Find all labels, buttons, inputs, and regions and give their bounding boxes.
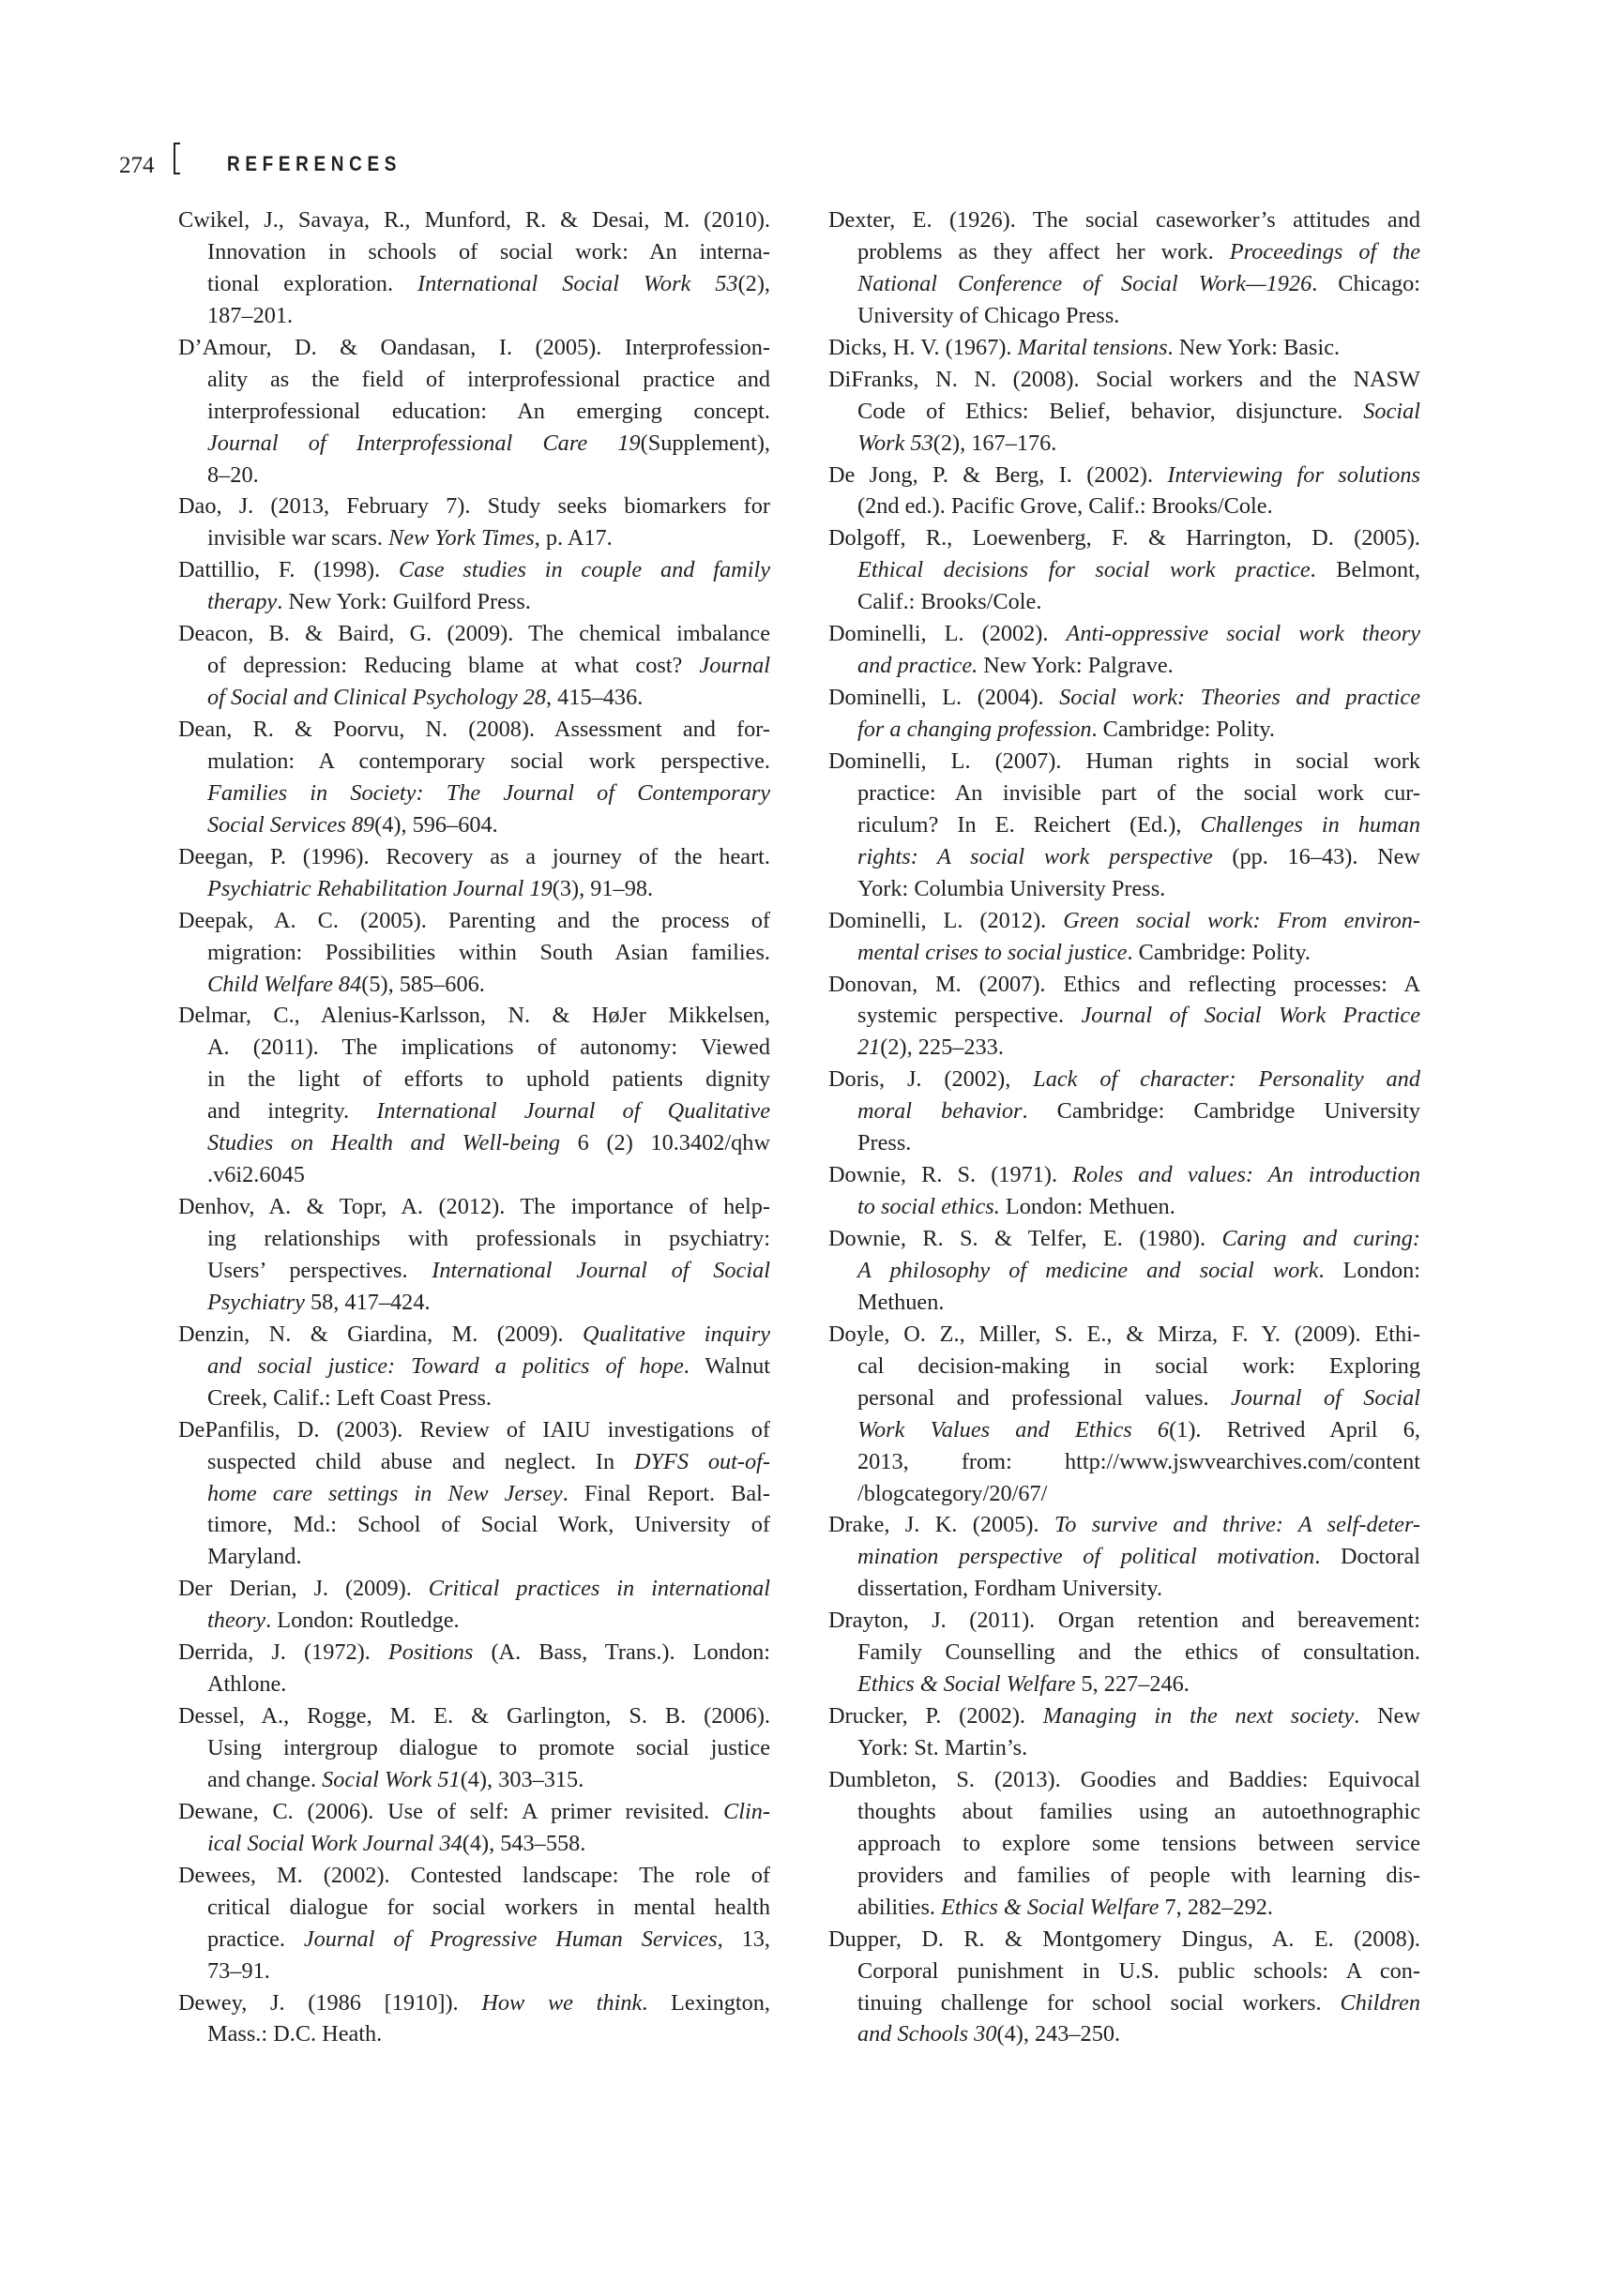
reference-text: . Chicago: bbox=[1311, 271, 1420, 296]
reference-text: Press. bbox=[857, 1130, 911, 1156]
reference-line: theory. London: Routledge. bbox=[178, 1605, 770, 1637]
italic-title-text: Ethical decisions for social work practi… bbox=[857, 557, 1311, 582]
reference-line: York: Columbia University Press. bbox=[828, 873, 1420, 905]
italic-title-text: and Schools 30 bbox=[857, 2021, 996, 2047]
reference-entry: Derrida, J. (1972). Positions (A. Bass, … bbox=[178, 1637, 770, 1700]
reference-text: Downie, R. S. & Telfer, E. (1980). bbox=[828, 1226, 1221, 1251]
reference-line: Ethics & Social Welfare 5, 227–246. bbox=[828, 1669, 1420, 1700]
italic-title-text: New York Times bbox=[388, 525, 535, 551]
reference-entry: Deacon, B. & Baird, G. (2009). The chemi… bbox=[178, 618, 770, 714]
italic-title-text: moral behavior bbox=[857, 1098, 1022, 1124]
bracket-ornament bbox=[174, 143, 180, 174]
reference-line: Denhov, A. & Topr, A. (2012). The import… bbox=[178, 1191, 770, 1223]
reference-line: Users’ perspectives. International Journ… bbox=[178, 1255, 770, 1287]
italic-title-text: Social Work 51 bbox=[322, 1767, 461, 1792]
reference-line: Press. bbox=[828, 1127, 1420, 1159]
italic-title-text: Critical practices in international bbox=[429, 1576, 770, 1601]
reference-line: 73–91. bbox=[178, 1956, 770, 1987]
italic-title-text: International Journal of Qualitative bbox=[376, 1098, 770, 1124]
reference-text: invisible war scars. bbox=[207, 525, 388, 551]
reference-line: Dominelli, L. (2004). Social work: Theor… bbox=[828, 682, 1420, 714]
reference-text: Using intergroup dialogue to promote soc… bbox=[207, 1735, 770, 1760]
reference-line: Der Derian, J. (2009). Critical practice… bbox=[178, 1573, 770, 1605]
reference-line: Drayton, J. (2011). Organ retention and … bbox=[828, 1605, 1420, 1637]
reference-text: problems as they affect her work. bbox=[857, 239, 1230, 264]
reference-text: and change. bbox=[207, 1767, 322, 1792]
reference-text: ing relationships with professionals in … bbox=[207, 1226, 770, 1251]
reference-text: interprofessional education: An emerging… bbox=[207, 399, 770, 424]
reference-line: Dolgoff, R., Loewenberg, F. & Harrington… bbox=[828, 522, 1420, 554]
reference-text: , p. A17. bbox=[535, 525, 613, 551]
reference-entry: Denhov, A. & Topr, A. (2012). The import… bbox=[178, 1191, 770, 1319]
reference-line: providers and families of people with le… bbox=[828, 1860, 1420, 1892]
reference-text: Delmar, C., Alenius-Karlsson, N. & HøJer… bbox=[178, 1003, 770, 1028]
italic-title-text: Caring and curing: bbox=[1221, 1226, 1420, 1251]
reference-text: D’Amour, D. & Oandasan, I. (2005). Inter… bbox=[178, 335, 770, 360]
reference-text: Cwikel, J., Savaya, R., Munford, R. & De… bbox=[178, 207, 770, 233]
reference-text: . Cambridge: Polity. bbox=[1127, 940, 1311, 965]
reference-line: practice: An invisible part of the socia… bbox=[828, 778, 1420, 809]
reference-line: suspected child abuse and neglect. In DY… bbox=[178, 1446, 770, 1478]
reference-text: dissertation, Fordham University. bbox=[857, 1576, 1162, 1601]
reference-line: tional exploration. International Social… bbox=[178, 268, 770, 300]
reference-text: Dominelli, L. (2012). bbox=[828, 908, 1063, 933]
italic-title-text: Journal of Interprofessional Care 19 bbox=[207, 430, 641, 456]
reference-text: (2), 225–233. bbox=[880, 1035, 1004, 1060]
reference-text: University of Chicago Press. bbox=[857, 303, 1119, 328]
reference-text: (Supplement), bbox=[641, 430, 770, 456]
reference-text: Dean, R. & Poorvu, N. (2008). Assessment… bbox=[178, 717, 770, 742]
reference-text: . London: bbox=[1318, 1258, 1420, 1283]
reference-line: abilities. Ethics & Social Welfare 7, 28… bbox=[828, 1892, 1420, 1924]
italic-title-text: A philosophy of medicine and social work bbox=[857, 1258, 1318, 1283]
reference-text: (1). Retrived April 6, bbox=[1169, 1417, 1420, 1443]
reference-line: Creek, Calif.: Left Coast Press. bbox=[178, 1382, 770, 1414]
reference-line: Dewees, M. (2002). Contested landscape: … bbox=[178, 1860, 770, 1892]
reference-text: migration: Possibilities within South As… bbox=[207, 940, 770, 965]
reference-text: Derrida, J. (1972). bbox=[178, 1639, 388, 1665]
reference-entry: Cwikel, J., Savaya, R., Munford, R. & De… bbox=[178, 204, 770, 332]
reference-line: Dattillio, F. (1998). Case studies in co… bbox=[178, 554, 770, 586]
reference-entry: Dicks, H. V. (1967). Marital tensions. N… bbox=[828, 332, 1420, 364]
italic-title-text: DYFS out-of- bbox=[634, 1449, 770, 1474]
reference-text: (A. Bass, Trans.). London: bbox=[473, 1639, 770, 1665]
italic-title-text: 21 bbox=[857, 1035, 880, 1060]
reference-text: practice. bbox=[207, 1926, 304, 1952]
reference-line: and integrity. International Journal of … bbox=[178, 1095, 770, 1127]
italic-title-text: Social bbox=[1363, 399, 1420, 424]
reference-text: Denhov, A. & Topr, A. (2012). The import… bbox=[178, 1194, 770, 1219]
reference-text: timore, Md.: School of Social Work, Univ… bbox=[207, 1512, 770, 1537]
reference-text: of depression: Reducing blame at what co… bbox=[207, 653, 699, 678]
italic-title-text: International Social Work 53 bbox=[417, 271, 738, 296]
italic-title-text: therapy bbox=[207, 589, 277, 614]
reference-line: rights: A social work perspective (pp. 1… bbox=[828, 841, 1420, 873]
reference-text: Dolgoff, R., Loewenberg, F. & Harrington… bbox=[828, 525, 1420, 551]
reference-line: DePanfilis, D. (2003). Review of IAIU in… bbox=[178, 1414, 770, 1446]
italic-title-text: Child Welfare 84 bbox=[207, 972, 361, 997]
reference-text: and integrity. bbox=[207, 1098, 376, 1124]
reference-line: ing relationships with professionals in … bbox=[178, 1223, 770, 1255]
reference-text: DiFranks, N. N. (2008). Social workers a… bbox=[828, 367, 1420, 392]
reference-line: Mass.: D.C. Heath. bbox=[178, 2018, 770, 2050]
reference-entry: Dewey, J. (1986 [1910]). How we think. L… bbox=[178, 1987, 770, 2051]
reference-text: Mass.: D.C. Heath. bbox=[207, 2021, 382, 2047]
reference-line: Derrida, J. (1972). Positions (A. Bass, … bbox=[178, 1637, 770, 1669]
reference-line: Donovan, M. (2007). Ethics and reflectin… bbox=[828, 969, 1420, 1001]
reference-line: thoughts about families using an autoeth… bbox=[828, 1796, 1420, 1828]
reference-line: practice. Journal of Progressive Human S… bbox=[178, 1924, 770, 1956]
reference-line: Dewey, J. (1986 [1910]). How we think. L… bbox=[178, 1987, 770, 2019]
italic-title-text: Roles and values: An introduction bbox=[1072, 1162, 1420, 1187]
reference-text: Dominelli, L. (2004). bbox=[828, 685, 1059, 710]
reference-text: Family Counselling and the ethics of con… bbox=[857, 1639, 1420, 1665]
reference-line: mental crises to social justice. Cambrid… bbox=[828, 937, 1420, 969]
reference-line: Family Counselling and the ethics of con… bbox=[828, 1637, 1420, 1669]
italic-title-text: Journal bbox=[699, 653, 770, 678]
italic-title-text: Proceedings of the bbox=[1230, 239, 1420, 264]
reference-entry: Dominelli, L. (2007). Human rights in so… bbox=[828, 746, 1420, 905]
reference-entry: Dewees, M. (2002). Contested landscape: … bbox=[178, 1860, 770, 1987]
italic-title-text: Journal of Social Work Practice bbox=[1082, 1003, 1420, 1028]
italic-title-text: Positions bbox=[388, 1639, 473, 1665]
reference-line: Cwikel, J., Savaya, R., Munford, R. & De… bbox=[178, 204, 770, 236]
reference-text: approach to explore some tensions betwee… bbox=[857, 1831, 1420, 1856]
reference-text: 7, 282–292. bbox=[1159, 1895, 1272, 1920]
reference-text: Dewees, M. (2002). Contested landscape: … bbox=[178, 1863, 770, 1888]
reference-line: .v6i2.6045 bbox=[178, 1159, 770, 1191]
reference-line: Journal of Interprofessional Care 19(Sup… bbox=[178, 428, 770, 460]
reference-text: Deepak, A. C. (2005). Parenting and the … bbox=[178, 908, 770, 933]
reference-text: (4), 243–250. bbox=[996, 2021, 1120, 2047]
reference-line: Corporal punishment in U.S. public schoo… bbox=[828, 1956, 1420, 1987]
reference-line: therapy. New York: Guilford Press. bbox=[178, 586, 770, 618]
reference-text: Maryland. bbox=[207, 1544, 302, 1569]
reference-line: for a changing profession. Cambridge: Po… bbox=[828, 714, 1420, 746]
reference-text: 2013, from: http://www.jswvearchives.com… bbox=[857, 1449, 1420, 1474]
reference-text: De Jong, P. & Berg, I. (2002). bbox=[828, 462, 1167, 488]
italic-title-text: National Conference of Social Work—1926 bbox=[857, 271, 1311, 296]
reference-line: Maryland. bbox=[178, 1541, 770, 1573]
reference-text: (4), 543–558. bbox=[462, 1831, 586, 1856]
reference-line: Studies on Health and Well-being 6 (2) 1… bbox=[178, 1127, 770, 1159]
references-column-left: Cwikel, J., Savaya, R., Munford, R. & De… bbox=[178, 204, 770, 2050]
reference-text: riculum? In E. Reichert (Ed.), bbox=[857, 812, 1200, 838]
reference-line: dissertation, Fordham University. bbox=[828, 1573, 1420, 1605]
reference-text: Dewey, J. (1986 [1910]). bbox=[178, 1990, 481, 2016]
italic-title-text: International Journal of Social bbox=[432, 1258, 770, 1283]
reference-text: Calif.: Brooks/Cole. bbox=[857, 589, 1041, 614]
reference-text: (2), 167–176. bbox=[933, 430, 1057, 456]
reference-line: and social justice: Toward a politics of… bbox=[178, 1351, 770, 1382]
italic-title-text: rights: A social work perspective bbox=[857, 844, 1213, 869]
italic-title-text: Interviewing for solutions bbox=[1167, 462, 1420, 488]
reference-line: Dessel, A., Rogge, M. E. & Garlington, S… bbox=[178, 1700, 770, 1732]
reference-line: York: St. Martin’s. bbox=[828, 1732, 1420, 1764]
reference-text: Users’ perspectives. bbox=[207, 1258, 432, 1283]
reference-entry: Drake, J. K. (2005). To survive and thri… bbox=[828, 1509, 1420, 1605]
reference-line: mulation: A contemporary social work per… bbox=[178, 746, 770, 778]
italic-title-text: Psychiatry bbox=[207, 1290, 305, 1315]
reference-line: Methuen. bbox=[828, 1287, 1420, 1319]
reference-entry: Dominelli, L. (2012). Green social work:… bbox=[828, 905, 1420, 969]
reference-text: mulation: A contemporary social work per… bbox=[207, 748, 770, 774]
reference-text: . Lexington, bbox=[642, 1990, 770, 2016]
reference-text: 58, 417–424. bbox=[305, 1290, 431, 1315]
reference-text: . New York: Guilford Press. bbox=[277, 589, 531, 614]
italic-title-text: Challenges in human bbox=[1200, 812, 1420, 838]
italic-title-text: for a changing profession bbox=[857, 717, 1092, 742]
reference-line: Work Values and Ethics 6(1). Retrived Ap… bbox=[828, 1414, 1420, 1446]
reference-line: Dao, J. (2013, February 7). Study seeks … bbox=[178, 491, 770, 522]
italic-title-text: Social Services 89 bbox=[207, 812, 374, 838]
reference-text: . New York: Basic. bbox=[1168, 335, 1341, 360]
reference-line: 187–201. bbox=[178, 300, 770, 332]
reference-line: cal decision-making in social work: Expl… bbox=[828, 1351, 1420, 1382]
reference-line: of depression: Reducing blame at what co… bbox=[178, 650, 770, 682]
reference-text: Dumbleton, S. (2013). Goodies and Baddie… bbox=[828, 1767, 1420, 1792]
italic-title-text: Marital tensions bbox=[1018, 335, 1168, 360]
reference-entry: Dexter, E. (1926). The social caseworker… bbox=[828, 204, 1420, 332]
reference-line: Drake, J. K. (2005). To survive and thri… bbox=[828, 1509, 1420, 1541]
reference-text: Dexter, E. (1926). The social caseworker… bbox=[828, 207, 1420, 233]
reference-line: problems as they affect her work. Procee… bbox=[828, 236, 1420, 268]
reference-entry: Dewane, C. (2006). Use of self: A primer… bbox=[178, 1796, 770, 1860]
reference-text: thoughts about families using an autoeth… bbox=[857, 1799, 1420, 1824]
reference-text: . Final Report. Bal- bbox=[563, 1481, 770, 1506]
reference-line: National Conference of Social Work—1926.… bbox=[828, 268, 1420, 300]
reference-text: DePanfilis, D. (2003). Review of IAIU in… bbox=[178, 1417, 770, 1443]
reference-line: Dominelli, L. (2002). Anti-oppressive so… bbox=[828, 618, 1420, 650]
reference-entry: De Jong, P. & Berg, I. (2002). Interview… bbox=[828, 460, 1420, 523]
italic-title-text: of Social and Clinical Psychology 28 bbox=[207, 685, 546, 710]
reference-text: Methuen. bbox=[857, 1290, 944, 1315]
reference-text: (4), 303–315. bbox=[461, 1767, 584, 1792]
reference-line: Calif.: Brooks/Cole. bbox=[828, 586, 1420, 618]
reference-text: Creek, Calif.: Left Coast Press. bbox=[207, 1385, 492, 1411]
reference-text: ality as the field of interprofessional … bbox=[207, 367, 770, 392]
reference-line: approach to explore some tensions betwee… bbox=[828, 1828, 1420, 1860]
reference-entry: Dupper, D. R. & Montgomery Dingus, A. E.… bbox=[828, 1924, 1420, 2051]
reference-entry: Doris, J. (2002), Lack of character: Per… bbox=[828, 1064, 1420, 1159]
reference-line: home care settings in New Jersey. Final … bbox=[178, 1478, 770, 1510]
reference-line: moral behavior. Cambridge: Cambridge Uni… bbox=[828, 1095, 1420, 1127]
reference-line: critical dialogue for social workers in … bbox=[178, 1892, 770, 1924]
reference-text: . Cambridge: Cambridge University bbox=[1022, 1098, 1420, 1124]
reference-text: London: Methuen. bbox=[1000, 1194, 1175, 1219]
italic-title-text: ical Social Work Journal 34 bbox=[207, 1831, 462, 1856]
italic-title-text: Qualitative inquiry bbox=[583, 1322, 770, 1347]
reference-text: Drayton, J. (2011). Organ retention and … bbox=[828, 1608, 1420, 1633]
reference-text: tional exploration. bbox=[207, 271, 417, 296]
reference-entry: Deegan, P. (1996). Recovery as a journey… bbox=[178, 841, 770, 905]
italic-title-text: mination perspective of political motiva… bbox=[857, 1544, 1314, 1569]
italic-title-text: and social justice: Toward a politics of… bbox=[207, 1353, 684, 1379]
reference-entry: Drucker, P. (2002). Managing in the next… bbox=[828, 1700, 1420, 1764]
reference-text: , 415–436. bbox=[546, 685, 643, 710]
reference-text: in the light of efforts to uphold patien… bbox=[207, 1066, 770, 1092]
reference-entry: Dumbleton, S. (2013). Goodies and Baddie… bbox=[828, 1764, 1420, 1924]
reference-text: 6 (2) 10.3402/qhw bbox=[560, 1130, 770, 1156]
reference-text: Code of Ethics: Belief, behavior, disjun… bbox=[857, 399, 1363, 424]
reference-entry: Drayton, J. (2011). Organ retention and … bbox=[828, 1605, 1420, 1700]
reference-line: and change. Social Work 51(4), 303–315. bbox=[178, 1764, 770, 1796]
italic-title-text: mental crises to social justice bbox=[857, 940, 1127, 965]
italic-title-text: Lack of character: Personality and bbox=[1033, 1066, 1420, 1092]
reference-text: . Walnut bbox=[684, 1353, 770, 1379]
italic-title-text: Journal of Progressive Human Services bbox=[304, 1926, 718, 1952]
reference-text: Dicks, H. V. (1967). bbox=[828, 335, 1018, 360]
reference-text: critical dialogue for social workers in … bbox=[207, 1895, 770, 1920]
reference-text: abilities. bbox=[857, 1895, 941, 1920]
reference-line: Deacon, B. & Baird, G. (2009). The chemi… bbox=[178, 618, 770, 650]
reference-text: (4), 596–604. bbox=[374, 812, 498, 838]
reference-text: systemic perspective. bbox=[857, 1003, 1082, 1028]
reference-line: A philosophy of medicine and social work… bbox=[828, 1255, 1420, 1287]
reference-text: 5, 227–246. bbox=[1075, 1671, 1189, 1697]
reference-text: (3), 91–98. bbox=[553, 876, 653, 901]
reference-text: personal and professional values. bbox=[857, 1385, 1231, 1411]
reference-line: D’Amour, D. & Oandasan, I. (2005). Inter… bbox=[178, 332, 770, 364]
reference-entry: Dominelli, L. (2002). Anti-oppressive so… bbox=[828, 618, 1420, 682]
reference-text: . Belmont, bbox=[1311, 557, 1420, 582]
reference-line: to social ethics. London: Methuen. bbox=[828, 1191, 1420, 1223]
references-column-right: Dexter, E. (1926). The social caseworker… bbox=[828, 204, 1420, 2050]
reference-text: Athlone. bbox=[207, 1671, 286, 1697]
italic-title-text: Children bbox=[1341, 1990, 1421, 2016]
reference-entry: Downie, R. S. & Telfer, E. (1980). Carin… bbox=[828, 1223, 1420, 1319]
reference-text: Dessel, A., Rogge, M. E. & Garlington, S… bbox=[178, 1703, 770, 1729]
italic-title-text: Ethics & Social Welfare bbox=[941, 1895, 1159, 1920]
reference-line: 2013, from: http://www.jswvearchives.com… bbox=[828, 1446, 1420, 1478]
reference-line: Athlone. bbox=[178, 1669, 770, 1700]
reference-text: Dominelli, L. (2007). Human rights in so… bbox=[828, 748, 1420, 774]
reference-text: practice: An invisible part of the socia… bbox=[857, 780, 1420, 806]
reference-line: tinuing challenge for school social work… bbox=[828, 1987, 1420, 2019]
reference-line: Dumbleton, S. (2013). Goodies and Baddie… bbox=[828, 1764, 1420, 1796]
reference-text: .v6i2.6045 bbox=[207, 1162, 305, 1187]
page-header: 274 REFERENCES bbox=[0, 0, 1607, 188]
reference-line: A. (2011). The implications of autonomy:… bbox=[178, 1032, 770, 1064]
reference-line: Dominelli, L. (2012). Green social work:… bbox=[828, 905, 1420, 937]
reference-entry: DiFranks, N. N. (2008). Social workers a… bbox=[828, 364, 1420, 460]
italic-title-text: Social work: Theories and practice bbox=[1059, 685, 1420, 710]
reference-line: invisible war scars. New York Times, p. … bbox=[178, 522, 770, 554]
reference-entry: Der Derian, J. (2009). Critical practice… bbox=[178, 1573, 770, 1637]
reference-line: ical Social Work Journal 34(4), 543–558. bbox=[178, 1828, 770, 1860]
reference-line: Dupper, D. R. & Montgomery Dingus, A. E.… bbox=[828, 1924, 1420, 1956]
reference-entry: Deepak, A. C. (2005). Parenting and the … bbox=[178, 905, 770, 1001]
reference-entry: Doyle, O. Z., Miller, S. E., & Mirza, F.… bbox=[828, 1319, 1420, 1510]
reference-entry: Downie, R. S. (1971). Roles and values: … bbox=[828, 1159, 1420, 1223]
page-number: 274 bbox=[119, 152, 155, 180]
italic-title-text: Journal of Social bbox=[1231, 1385, 1420, 1411]
italic-title-text: Psychiatric Rehabilitation Journal 19 bbox=[207, 876, 553, 901]
italic-title-text: Case studies in couple and family bbox=[399, 557, 770, 582]
reference-text: New York: Palgrave. bbox=[978, 653, 1174, 678]
reference-text: Deacon, B. & Baird, G. (2009). The chemi… bbox=[178, 621, 770, 646]
italic-title-text: Families in Society: The Journal of Cont… bbox=[207, 780, 770, 806]
reference-line: of Social and Clinical Psychology 28, 41… bbox=[178, 682, 770, 714]
italic-title-text: Work 53 bbox=[857, 430, 933, 456]
reference-line: personal and professional values. Journa… bbox=[828, 1382, 1420, 1414]
reference-text: . Cambridge: Polity. bbox=[1092, 717, 1276, 742]
reference-text: (2nd ed.). Pacific Grove, Calif.: Brooks… bbox=[857, 493, 1273, 519]
reference-line: migration: Possibilities within South As… bbox=[178, 937, 770, 969]
reference-line: Child Welfare 84(5), 585–606. bbox=[178, 969, 770, 1001]
reference-entry: Dessel, A., Rogge, M. E. & Garlington, S… bbox=[178, 1700, 770, 1796]
italic-title-text: How we think bbox=[481, 1990, 642, 2016]
italic-title-text: Anti-oppressive social work theory bbox=[1067, 621, 1420, 646]
reference-entry: Dominelli, L. (2004). Social work: Theor… bbox=[828, 682, 1420, 746]
reference-line: systemic perspective. Journal of Social … bbox=[828, 1000, 1420, 1032]
reference-line: Dicks, H. V. (1967). Marital tensions. N… bbox=[828, 332, 1420, 364]
reference-line: Dewane, C. (2006). Use of self: A primer… bbox=[178, 1796, 770, 1828]
reference-text: York: Columbia University Press. bbox=[857, 876, 1165, 901]
reference-line: Denzin, N. & Giardina, M. (2009). Qualit… bbox=[178, 1319, 770, 1351]
reference-text: 73–91. bbox=[207, 1958, 270, 1984]
reference-line: (2nd ed.). Pacific Grove, Calif.: Brooks… bbox=[828, 491, 1420, 522]
italic-title-text: Work Values and Ethics 6 bbox=[857, 1417, 1169, 1443]
reference-entry: Donovan, M. (2007). Ethics and reflectin… bbox=[828, 969, 1420, 1065]
reference-line: /blogcategory/20/67/ bbox=[828, 1478, 1420, 1510]
reference-line: Downie, R. S. (1971). Roles and values: … bbox=[828, 1159, 1420, 1191]
reference-text: /blogcategory/20/67/ bbox=[857, 1481, 1047, 1506]
reference-text: providers and families of people with le… bbox=[857, 1863, 1420, 1888]
reference-text: Denzin, N. & Giardina, M. (2009). bbox=[178, 1322, 583, 1347]
italic-title-text: Managing in the next society bbox=[1043, 1703, 1355, 1729]
italic-title-text: To survive and thrive: A self-deter- bbox=[1054, 1512, 1420, 1537]
italic-title-text: home care settings in New Jersey bbox=[207, 1481, 563, 1506]
reference-text: , 13, bbox=[718, 1926, 770, 1952]
reference-line: Using intergroup dialogue to promote soc… bbox=[178, 1732, 770, 1764]
reference-line: Psychiatric Rehabilitation Journal 19(3)… bbox=[178, 873, 770, 905]
reference-text: Deegan, P. (1996). Recovery as a journey… bbox=[178, 844, 770, 869]
reference-text: 8–20. bbox=[207, 462, 259, 488]
reference-line: mination perspective of political motiva… bbox=[828, 1541, 1420, 1573]
reference-line: DiFranks, N. N. (2008). Social workers a… bbox=[828, 364, 1420, 396]
reference-text: Doyle, O. Z., Miller, S. E., & Mirza, F.… bbox=[828, 1322, 1420, 1347]
reference-text: Dattillio, F. (1998). bbox=[178, 557, 399, 582]
reference-line: timore, Md.: School of Social Work, Univ… bbox=[178, 1509, 770, 1541]
reference-entry: DePanfilis, D. (2003). Review of IAIU in… bbox=[178, 1414, 770, 1574]
reference-entry: Dao, J. (2013, February 7). Study seeks … bbox=[178, 491, 770, 554]
reference-line: ality as the field of interprofessional … bbox=[178, 364, 770, 396]
reference-line: 8–20. bbox=[178, 460, 770, 491]
reference-text: Innovation in schools of social work: An… bbox=[207, 239, 770, 264]
reference-text: . Doctoral bbox=[1314, 1544, 1420, 1569]
reference-entry: Delmar, C., Alenius-Karlsson, N. & HøJer… bbox=[178, 1000, 770, 1191]
reference-text: Doris, J. (2002), bbox=[828, 1066, 1033, 1092]
italic-title-text: Ethics & Social Welfare bbox=[857, 1671, 1075, 1697]
reference-entry: Denzin, N. & Giardina, M. (2009). Qualit… bbox=[178, 1319, 770, 1414]
reference-text: tinuing challenge for school social work… bbox=[857, 1990, 1341, 2016]
reference-line: Innovation in schools of social work: An… bbox=[178, 236, 770, 268]
reference-entry: D’Amour, D. & Oandasan, I. (2005). Inter… bbox=[178, 332, 770, 491]
reference-line: Doris, J. (2002), Lack of character: Per… bbox=[828, 1064, 1420, 1095]
reference-text: York: St. Martin’s. bbox=[857, 1735, 1027, 1760]
reference-line: University of Chicago Press. bbox=[828, 300, 1420, 332]
running-head: REFERENCES bbox=[227, 154, 402, 174]
reference-text: Drake, J. K. (2005). bbox=[828, 1512, 1054, 1537]
reference-text: Der Derian, J. (2009). bbox=[178, 1576, 429, 1601]
reference-line: and Schools 30(4), 243–250. bbox=[828, 2018, 1420, 2050]
reference-line: Dean, R. & Poorvu, N. (2008). Assessment… bbox=[178, 714, 770, 746]
reference-line: Psychiatry 58, 417–424. bbox=[178, 1287, 770, 1319]
reference-line: in the light of efforts to uphold patien… bbox=[178, 1064, 770, 1095]
reference-text: 187–201. bbox=[207, 303, 293, 328]
italic-title-text: Green social work: From environ- bbox=[1063, 908, 1420, 933]
